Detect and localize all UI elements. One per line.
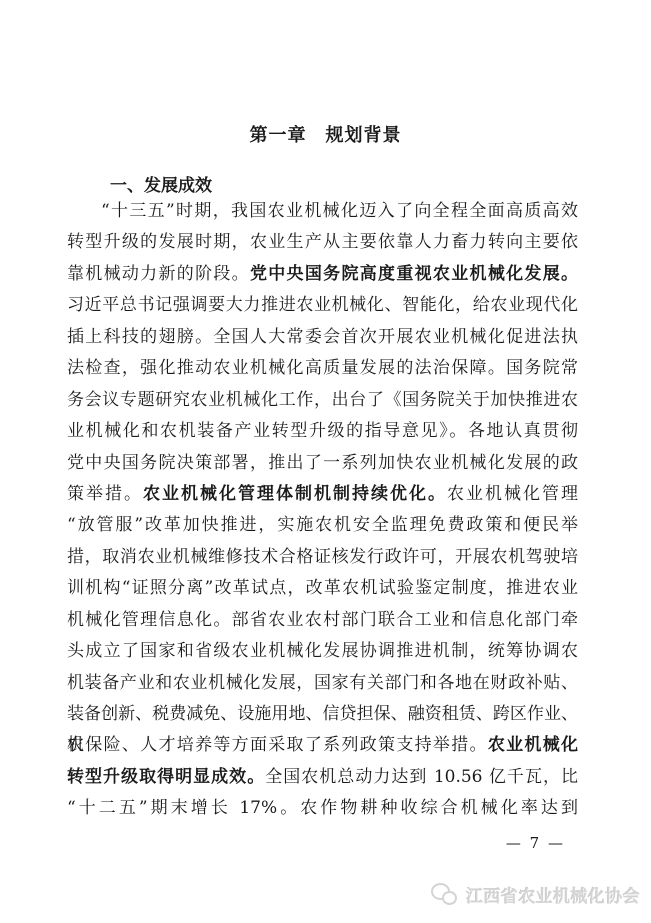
paragraph-line: 训机构“证照分离”改革试点，改革农机试验鉴定制度，推进农业: [67, 573, 578, 604]
text-segment: 头成立了国家和省级农业机械化发展协调推进机制，统筹协调农: [67, 641, 578, 661]
paragraph-line: 法检查，强化推动农业机械化高质量发展的法治保障。国务院常: [67, 353, 578, 384]
paragraph-line: 务会议专题研究农业机械化工作，出台了《国务院关于加快推进农: [67, 385, 578, 416]
paragraph-line: “放管服”改革加快推进，实施农机安全监理免费政策和便民举: [67, 510, 578, 541]
paragraph-line: 党中央国务院决策部署，推出了一系列加快农业机械化发展的政: [67, 448, 578, 479]
paragraph-line: 措，取消农业机械维修技术合格证核发行政许可，开展农机驾驶培: [67, 542, 578, 573]
paragraph-line: 头成立了国家和省级农业机械化发展协调推进机制，统筹协调农: [67, 636, 578, 667]
body-paragraph: “十三五”时期，我国农业机械化迈入了向全程全面高质高效转型升级的发展时期，农业生…: [67, 196, 578, 825]
page-number: — 7 —: [506, 834, 565, 852]
paragraph-line: 习近平总书记强调要大力推进农业机械化、智能化，给农业现代化: [67, 290, 578, 321]
text-segment: 措，取消农业机械维修技术合格证核发行政许可，开展农机驾驶培: [67, 547, 578, 567]
text-segment: 转型升级的发展时期，农业生产从主要依靠人力畜力转向主要依: [67, 232, 578, 252]
paragraph-line: 机保险、人才培养等方面采取了系列政策支持举措。农业机械化: [67, 730, 578, 761]
text-segment: 习近平总书记强调要大力推进农业机械化、智能化，给农业现代化: [67, 295, 578, 315]
paragraph-line: 转型升级的发展时期，农业生产从主要依靠人力畜力转向主要依: [67, 227, 578, 258]
paragraph-line: “十二五”期末增长 17%。农作物耕种收综合机械化率达到: [67, 793, 578, 824]
bold-text-segment: 农业机械化管理体制机制持续优化。: [143, 484, 447, 504]
text-segment: 业机械化和农机装备产业转型升级的指导意见》。各地认真贯彻: [67, 421, 578, 441]
text-segment: 靠机械动力新的阶段。: [67, 264, 250, 284]
bold-text-segment: 党中央国务院高度重视农业机械化发展。: [250, 264, 578, 284]
watermark-org-name: 江西省农业机械化协会: [466, 882, 640, 907]
text-segment: 训机构“证照分离”改革试点，改革农机试验鉴定制度，推进农业: [67, 578, 578, 598]
overlapping-circles-logo-icon: [430, 881, 460, 908]
text-segment: 党中央国务院决策部署，推出了一系列加快农业机械化发展的政: [67, 453, 578, 473]
chapter-title: 第一章 规划背景: [0, 121, 651, 147]
text-segment: “十三五”时期，我国农业机械化迈入了向全程全面高质高效: [101, 201, 578, 221]
paragraph-line: 机装备产业和农业机械化发展，国家有关部门和各地在财政补贴、: [67, 668, 578, 699]
document-page: 第一章 规划背景 一、发展成效 “十三五”时期，我国农业机械化迈入了向全程全面高…: [0, 0, 651, 923]
bold-text-segment: 农业机械化: [488, 735, 578, 755]
text-segment: 农业机械化管理: [447, 484, 578, 504]
text-segment: 策举措。: [67, 484, 143, 504]
paragraph-line: 装备创新、税费减免、设施用地、信贷担保、融资租赁、跨区作业、农: [67, 699, 578, 730]
paragraph-line: 靠机械动力新的阶段。党中央国务院高度重视农业机械化发展。: [67, 259, 578, 290]
paragraph-line: 转型升级取得明显成效。全国农机总动力达到 10.56 亿千瓦，比: [67, 762, 578, 793]
paragraph-line: 插上科技的翅膀。全国人大常委会首次开展农业机械化促进法执: [67, 322, 578, 353]
bold-text-segment: 转型升级取得明显成效。: [67, 767, 265, 787]
text-segment: 插上科技的翅膀。全国人大常委会首次开展农业机械化促进法执: [67, 327, 578, 347]
section-heading: 一、发展成效: [110, 171, 212, 196]
text-segment: 法检查，强化推动农业机械化高质量发展的法治保障。国务院常: [67, 358, 578, 378]
text-segment: 全国农机总动力达到 10.56 亿千瓦，比: [265, 767, 578, 787]
paragraph-line: 机械化管理信息化。部省农业农村部门联合工业和信息化部门牵: [67, 605, 578, 636]
text-segment: “放管服”改革加快推进，实施农机安全监理免费政策和便民举: [67, 515, 578, 535]
text-segment: 机保险、人才培养等方面采取了系列政策支持举措。: [67, 735, 488, 755]
paragraph-line: “十三五”时期，我国农业机械化迈入了向全程全面高质高效: [67, 196, 578, 227]
text-segment: 机械化管理信息化。部省农业农村部门联合工业和信息化部门牵: [67, 610, 578, 630]
footer-watermark: 江西省农业机械化协会: [430, 881, 640, 908]
paragraph-line: 业机械化和农机装备产业转型升级的指导意见》。各地认真贯彻: [67, 416, 578, 447]
paragraph-line: 策举措。农业机械化管理体制机制持续优化。农业机械化管理: [67, 479, 578, 510]
text-segment: “十二五”期末增长 17%。农作物耕种收综合机械化率达到: [67, 798, 578, 818]
text-segment: 务会议专题研究农业机械化工作，出台了《国务院关于加快推进农: [67, 390, 578, 410]
text-segment: 机装备产业和农业机械化发展，国家有关部门和各地在财政补贴、: [67, 673, 578, 693]
